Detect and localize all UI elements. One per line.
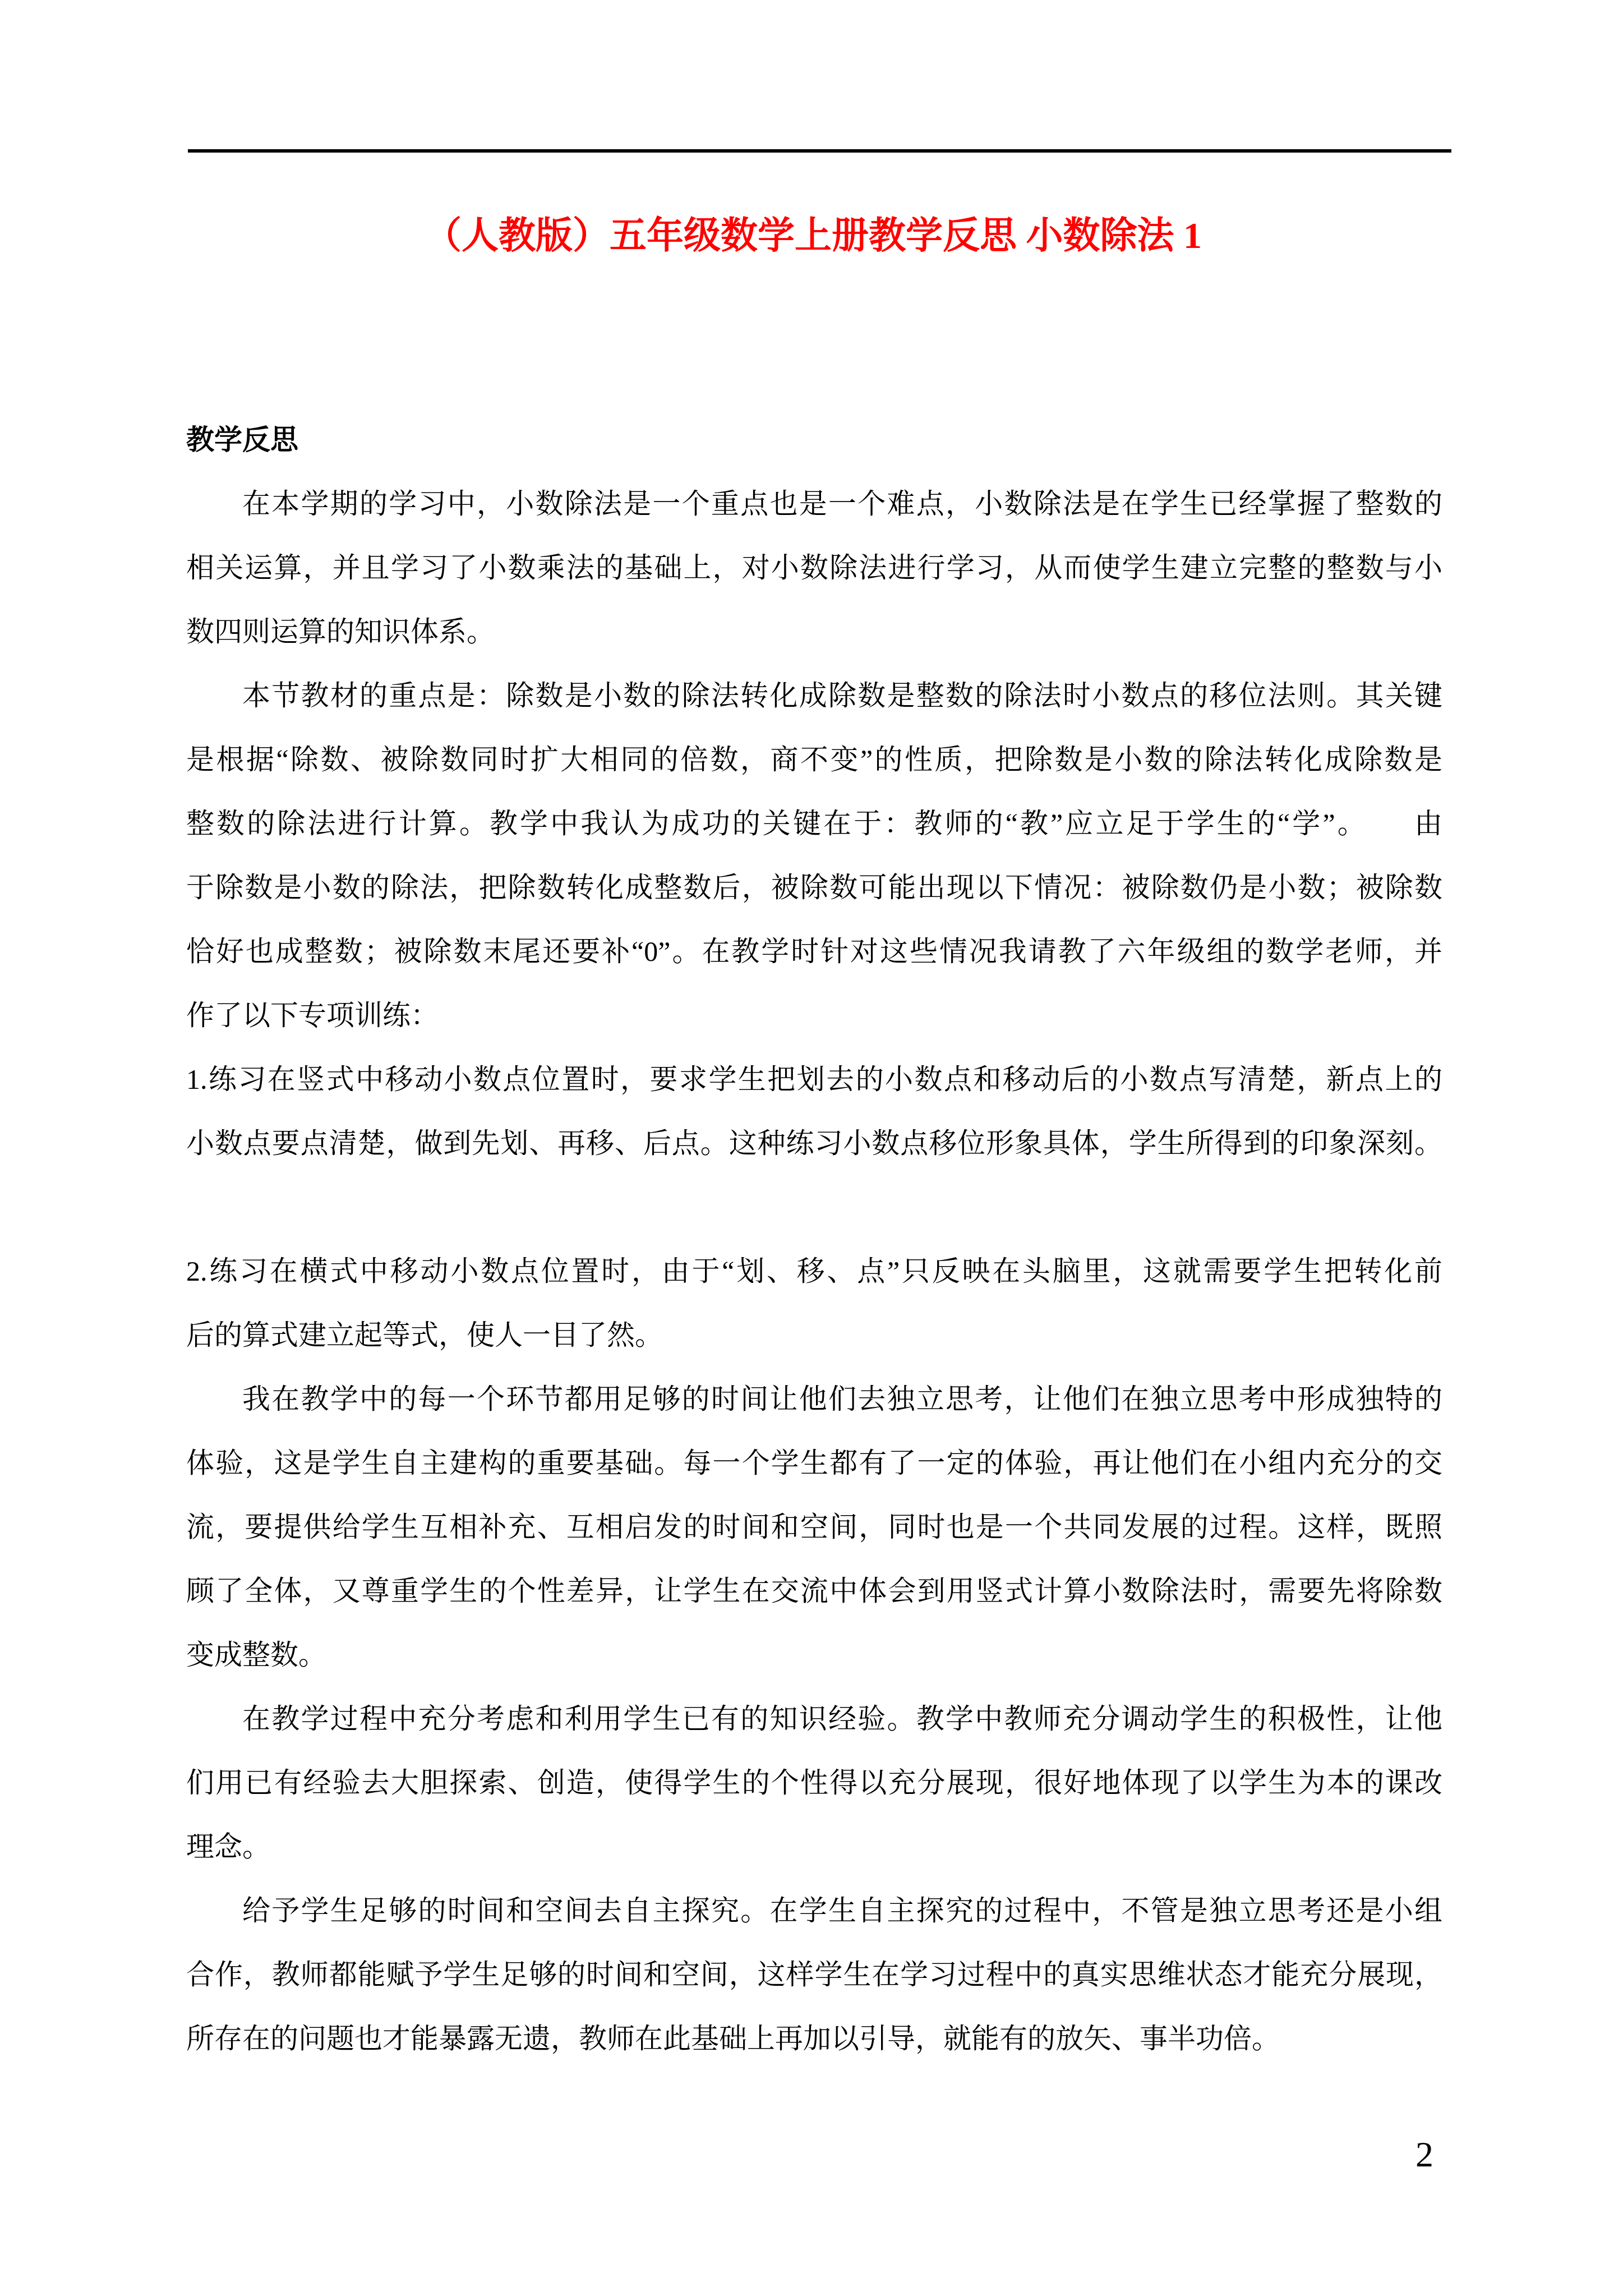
text-line: 体验，这是学生自主建构的重要基础。每一个学生都有了一定的体验，再让他们在小组内充… — [186, 1444, 1442, 1508]
document-title: （人教版）五年级数学上册教学反思 小数除法 1 — [185, 211, 1441, 261]
section-heading: 教学反思 — [186, 421, 1442, 485]
text-line: 1.练习在竖式中移动小数点位置时，要求学生把划去的小数点和移动后的小数点写清楚，… — [186, 1061, 1442, 1125]
text-line: 我在教学中的每一个环节都用足够的时间让他们去独立思考，让他们在独立思考中形成独特… — [186, 1381, 1442, 1444]
text-line: 们用已有经验去大胆探索、创造，使得学生的个性得以充分展现，很好地体现了以学生为本… — [186, 1764, 1442, 1828]
document-body: 教学反思 在本学期的学习中，小数除法是一个重点也是一个难点，小数除法是在学生已经… — [186, 421, 1442, 2084]
text-line: 在教学过程中充分考虑和利用学生已有的知识经验。教学中教师充分调动学生的积极性，让… — [186, 1700, 1442, 1764]
text-line: 是根据“除数、被除数同时扩大相同的倍数，商不变”的性质，把除数是小数的除法转化成… — [186, 741, 1442, 805]
text-line: 恰好也成整数；被除数末尾还要补“0”。在教学时针对这些情况我请教了六年级组的数学… — [186, 933, 1442, 997]
text-line: 整数的除法进行计算。教学中我认为成功的关键在于：教师的“教”应立足于学生的“学”… — [186, 805, 1442, 869]
text-line: 在本学期的学习中，小数除法是一个重点也是一个难点，小数除法是在学生已经掌握了整数… — [186, 485, 1442, 549]
text-line: 后的算式建立起等式，使人一目了然。 — [186, 1317, 1442, 1381]
text-line: 给予学生足够的时间和空间去自主探究。在学生自主探究的过程中，不管是独立思考还是小… — [186, 1892, 1442, 1956]
text-line: 合作，教师都能赋予学生足够的时间和空间，这样学生在学习过程中的真实思维状态才能充… — [186, 1956, 1442, 2020]
document-page: （人教版）五年级数学上册教学反思 小数除法 1 教学反思 在本学期的学习中，小数… — [0, 0, 1623, 2296]
text-line: 顾了全体，又尊重学生的个性差异，让学生在交流中体会到用竖式计算小数除法时，需要先… — [186, 1572, 1442, 1636]
text-line: 所存在的问题也才能暴露无遗，教师在此基础上再加以引导，就能有的放矢、事半功倍。 — [186, 2020, 1442, 2084]
text-line: 理念。 — [186, 1828, 1442, 1892]
text-line: 于除数是小数的除法，把除数转化成整数后，被除数可能出现以下情况：被除数仍是小数；… — [186, 869, 1442, 933]
text-line: 相关运算，并且学习了小数乘法的基础上，对小数除法进行学习，从而使学生建立完整的整… — [186, 549, 1442, 613]
text-line: 数四则运算的知识体系。 — [186, 613, 1442, 677]
text-line: 流，要提供给学生互相补充、互相启发的时间和空间，同时也是一个共同发展的过程。这样… — [186, 1508, 1442, 1572]
text-line: 小数点要点清楚，做到先划、再移、后点。这种练习小数点移位形象具体，学生所得到的印… — [186, 1125, 1442, 1189]
text-line: 作了以下专项训练： — [186, 997, 1442, 1061]
text-line: 本节教材的重点是：除数是小数的除法转化成除数是整数的除法时小数点的移位法则。其关… — [186, 677, 1442, 741]
text-line: 变成整数。 — [186, 1636, 1442, 1700]
text-line: 2.练习在横式中移动小数点位置时，由于“划、移、点”只反映在头脑里，这就需要学生… — [186, 1253, 1442, 1317]
page-number: 2 — [1415, 2132, 1433, 2177]
blank-line — [186, 1189, 1442, 1253]
header-rule — [188, 149, 1451, 153]
